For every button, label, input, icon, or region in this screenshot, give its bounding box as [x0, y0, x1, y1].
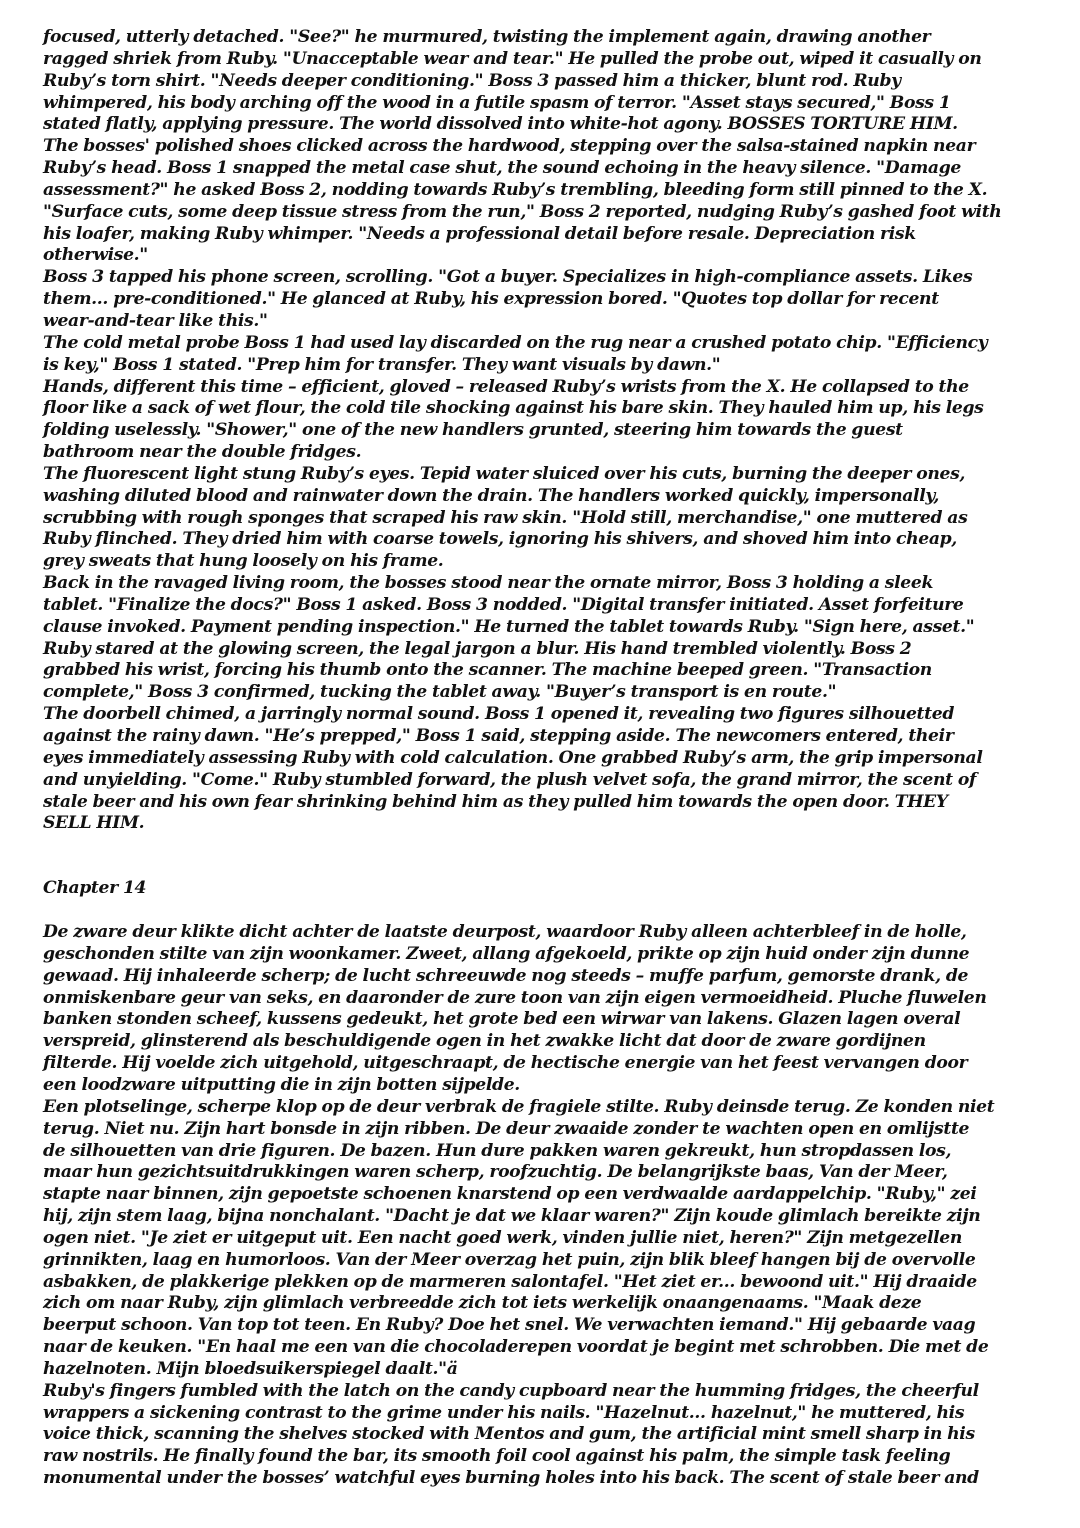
text-line: Ruby’s torn shirt. "Needs deeper conditi… [43, 71, 1043, 93]
text-line: Ruby's fingers fumbled with the latch on… [43, 1381, 1043, 1403]
text-line: Een plotselinge, scherpe klop op de deur… [43, 1097, 1043, 1119]
text-line: een loodzware uitputting die in zijn bot… [43, 1075, 1043, 1097]
text-line: The cold metal probe Boss 1 had used lay… [43, 333, 1043, 355]
text-line: ogen niet. "Je ziet er uitgeput uit. Een… [43, 1228, 1043, 1250]
text-line: de silhouetten van drie figuren. De baze… [43, 1141, 1043, 1163]
text-line: them... pre-conditioned." He glanced at … [43, 289, 1043, 311]
text-line: assessment?" he asked Boss 2, nodding to… [43, 180, 1043, 202]
chapter-heading: Chapter 14 [43, 878, 1043, 900]
text-line: otherwise." [43, 245, 1043, 267]
text-line: hij, zijn stem laag, bijna nonchalant. "… [43, 1206, 1043, 1228]
text-line: zich om naar Ruby, zijn glimlach verbree… [43, 1293, 1043, 1315]
paragraph: The doorbell chimed, a jarringly normal … [43, 704, 1043, 835]
text-line: asbakken, de plakkerige plekken op de ma… [43, 1272, 1043, 1294]
text-line: verspreid, glinsterend als beschuldigend… [43, 1031, 1043, 1053]
text-line: whimpered, his body arching off the wood… [43, 93, 1043, 115]
text-line: The doorbell chimed, a jarringly normal … [43, 704, 1043, 726]
paragraph: The bosses' polished shoes clicked acros… [43, 136, 1043, 267]
text-line: monumental under the bosses’ watchful ey… [43, 1468, 1043, 1490]
paragraph: The cold metal probe Boss 1 had used lay… [43, 333, 1043, 377]
paragraph: Een plotselinge, scherpe klop op de deur… [43, 1097, 1043, 1381]
text-line: terug. Niet nu. Zijn hart bonsde in zijn… [43, 1119, 1043, 1141]
text-line: voice thick, scanning the shelves stocke… [43, 1424, 1043, 1446]
section-chapter-14: De zware deur klikte dicht achter de laa… [43, 922, 1043, 1490]
text-line: stapte naar binnen, zijn gepoetste schoe… [43, 1184, 1043, 1206]
text-line: folding uselessly. "Shower," one of the … [43, 420, 1043, 442]
text-line: SELL HIM. [43, 813, 1043, 835]
paragraph: Boss 3 tapped his phone screen, scrollin… [43, 267, 1043, 333]
paragraph: focused, utterly detached. "See?" he mur… [43, 27, 1043, 136]
text-line: is key," Boss 1 stated. "Prep him for tr… [43, 355, 1043, 377]
paragraph: Ruby's fingers fumbled with the latch on… [43, 1381, 1043, 1490]
text-line: onmiskenbare geur van seks, en daaronder… [43, 988, 1043, 1010]
text-line: eyes immediately assessing Ruby with col… [43, 748, 1043, 770]
text-line: Ruby’s head. Boss 1 snapped the metal ca… [43, 158, 1043, 180]
paragraph: Hands, different this time – efficient, … [43, 377, 1043, 464]
text-line: geschonden stilte van zijn woonkamer. Zw… [43, 944, 1043, 966]
text-line: The bosses' polished shoes clicked acros… [43, 136, 1043, 158]
text-line: wear-and-tear like this." [43, 311, 1043, 333]
text-line: stale beer and his own fear shrinking be… [43, 792, 1043, 814]
paragraph: De zware deur klikte dicht achter de laa… [43, 922, 1043, 1097]
text-line: ragged shriek from Ruby. "Unacceptable w… [43, 49, 1043, 71]
chapter-spacer [43, 900, 1043, 922]
paragraph: The fluorescent light stung Ruby’s eyes.… [43, 464, 1043, 573]
text-line: clause invoked. Payment pending inspecti… [43, 617, 1043, 639]
text-line: naar de keuken. "En haal me een van die … [43, 1337, 1043, 1359]
text-line: grabbed his wrist, forcing his thumb ont… [43, 660, 1043, 682]
text-line: banken stonden scheef, kussens gedeukt, … [43, 1009, 1043, 1031]
text-line: maar hun gezichtsuitdrukkingen waren sch… [43, 1162, 1043, 1184]
text-line: filterde. Hij voelde zich uitgehold, uit… [43, 1053, 1043, 1075]
section-previous-chapter-ending: focused, utterly detached. "See?" he mur… [43, 27, 1043, 835]
text-line: his loafer, making Ruby whimper. "Needs … [43, 224, 1043, 246]
document-page: focused, utterly detached. "See?" he mur… [43, 27, 1043, 1490]
text-line: Ruby stared at the glowing screen, the l… [43, 639, 1043, 661]
text-line: tablet. "Finalize the docs?" Boss 1 aske… [43, 595, 1043, 617]
text-line: grey sweats that hung loosely on his fra… [43, 551, 1043, 573]
paragraph: Back in the ravaged living room, the bos… [43, 573, 1043, 704]
text-line: stated flatly, applying pressure. The wo… [43, 114, 1043, 136]
chapter-spacer [43, 835, 1043, 878]
text-line: The fluorescent light stung Ruby’s eyes.… [43, 464, 1043, 486]
text-line: raw nostrils. He finally found the bar, … [43, 1446, 1043, 1468]
text-line: wrappers a sickening contrast to the gri… [43, 1403, 1043, 1425]
text-line: and unyielding. "Come." Ruby stumbled fo… [43, 770, 1043, 792]
text-line: beerput schoon. Van top tot teen. En Rub… [43, 1315, 1043, 1337]
text-line: bathroom near the double fridges. [43, 442, 1043, 464]
text-line: Hands, different this time – efficient, … [43, 377, 1043, 399]
text-line: hazelnoten. Mijn bloedsuikerspiegel daal… [43, 1359, 1043, 1381]
text-line: against the rainy dawn. "He’s prepped," … [43, 726, 1043, 748]
text-line: De zware deur klikte dicht achter de laa… [43, 922, 1043, 944]
text-line: complete," Boss 3 confirmed, tucking the… [43, 682, 1043, 704]
text-line: Boss 3 tapped his phone screen, scrollin… [43, 267, 1043, 289]
text-line: washing diluted blood and rainwater down… [43, 486, 1043, 508]
text-line: grinnikten, laag en humorloos. Van der M… [43, 1250, 1043, 1272]
text-line: Ruby flinched. They dried him with coars… [43, 529, 1043, 551]
text-line: floor like a sack of wet flour, the cold… [43, 398, 1043, 420]
text-line: "Surface cuts, some deep tissue stress f… [43, 202, 1043, 224]
text-line: Back in the ravaged living room, the bos… [43, 573, 1043, 595]
text-line: scrubbing with rough sponges that scrape… [43, 508, 1043, 530]
text-line: focused, utterly detached. "See?" he mur… [43, 27, 1043, 49]
text-line: gewaad. Hij inhaleerde scherp; de lucht … [43, 966, 1043, 988]
